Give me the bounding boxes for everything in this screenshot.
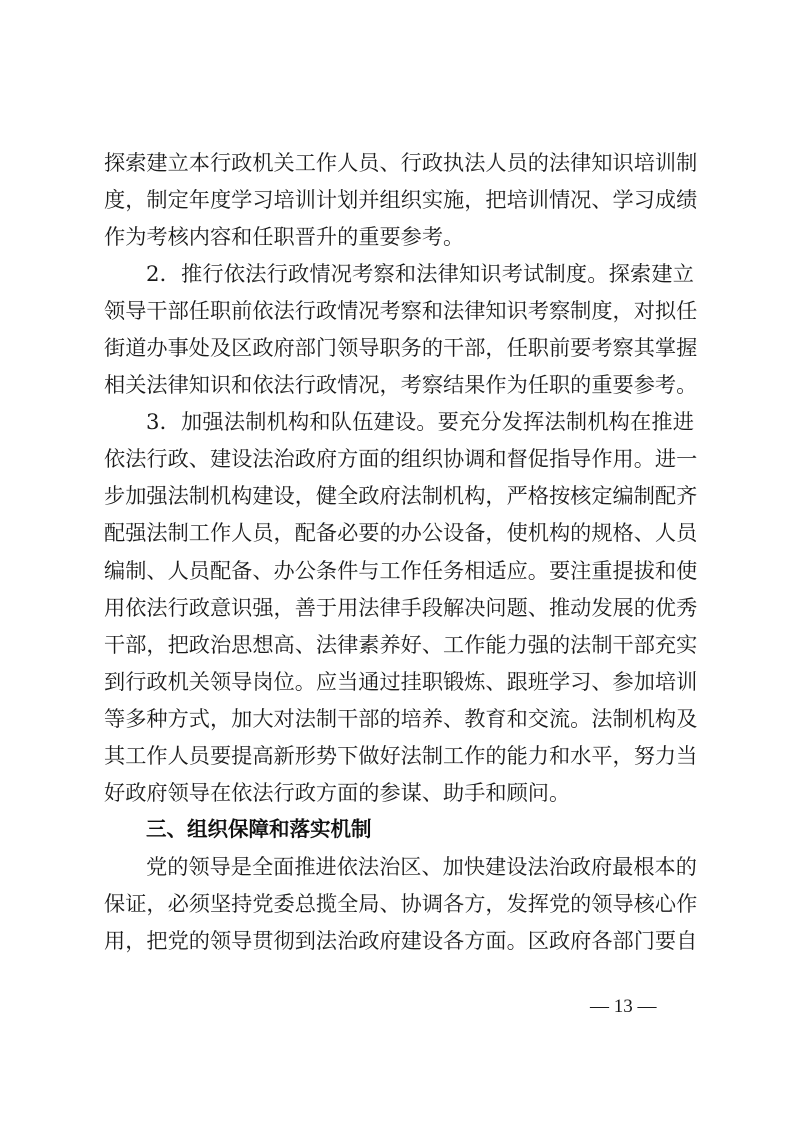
text-line: 用依法行政意识强，善于用法律手段解决问题、推动发展的优秀	[104, 589, 694, 626]
text-line: 街道办事处及区政府部门领导职务的干部，任职前要考察其掌握	[104, 329, 694, 366]
paragraph-training-system: 探索建立本行政机关工作人员、行政执法人员的法律知识培训制 度，制定年度学习培训计…	[104, 144, 694, 255]
text-line: 编制、人员配备、办公条件与工作任务相适应。要注重提拔和使	[104, 552, 694, 589]
text-line: 保证，必须坚持党委总揽全局、协调各方，发挥党的领导核心作	[104, 885, 694, 922]
text-line: 度，制定年度学习培训计划并组织实施，把培训情况、学习成绩	[104, 181, 694, 218]
paragraph-item-3: 3．加强法制机构和队伍建设。要充分发挥法制机构在推进 依法行政、建设法治政府方面…	[104, 403, 694, 811]
text-line: 依法行政、建设法治政府方面的组织协调和督促指导作用。进一	[104, 440, 694, 477]
text-line: 3．加强法制机构和队伍建设。要充分发挥法制机构在推进	[104, 403, 694, 440]
text-line: 用，把党的领导贯彻到法治政府建设各方面。区政府各部门要自	[104, 922, 694, 959]
text-line: 步加强法制机构建设，健全政府法制机构，严格按核定编制配齐	[104, 477, 694, 514]
text-line: 作为考核内容和任职晋升的重要参考。	[104, 218, 694, 255]
paragraph-party-leadership: 党的领导是全面推进依法治区、加快建设法治政府最根本的 保证，必须坚持党委总揽全局…	[104, 848, 694, 959]
text-line: 领导干部任职前依法行政情况考察和法律知识考察制度，对拟任	[104, 292, 694, 329]
paragraph-item-2: 2．推行依法行政情况考察和法律知识考试制度。探索建立 领导干部任职前依法行政情况…	[104, 255, 694, 403]
text-line: 探索建立本行政机关工作人员、行政执法人员的法律知识培训制	[104, 144, 694, 181]
text-line: 干部，把政治思想高、法律素养好、工作能力强的法制干部充实	[104, 626, 694, 663]
text-line: 好政府领导在依法行政方面的参谋、助手和顾问。	[104, 774, 694, 811]
page-number: — 13 —	[590, 996, 657, 1018]
text-line: 2．推行依法行政情况考察和法律知识考试制度。探索建立	[104, 255, 694, 292]
text-line: 配强法制工作人员，配备必要的办公设备，使机构的规格、人员	[104, 514, 694, 551]
text-line: 相关法律知识和依法行政情况，考察结果作为任职的重要参考。	[104, 366, 694, 403]
text-line: 等多种方式，加大对法制干部的培养、教育和交流。法制机构及	[104, 700, 694, 737]
text-line: 党的领导是全面推进依法治区、加快建设法治政府最根本的	[104, 848, 694, 885]
text-line: 到行政机关领导岗位。应当通过挂职锻炼、跟班学习、参加培训	[104, 663, 694, 700]
document-body: 探索建立本行政机关工作人员、行政执法人员的法律知识培训制 度，制定年度学习培训计…	[104, 144, 694, 959]
section-heading: 三、组织保障和落实机制	[104, 811, 694, 848]
text-line: 其工作人员要提高新形势下做好法制工作的能力和水平，努力当	[104, 737, 694, 774]
